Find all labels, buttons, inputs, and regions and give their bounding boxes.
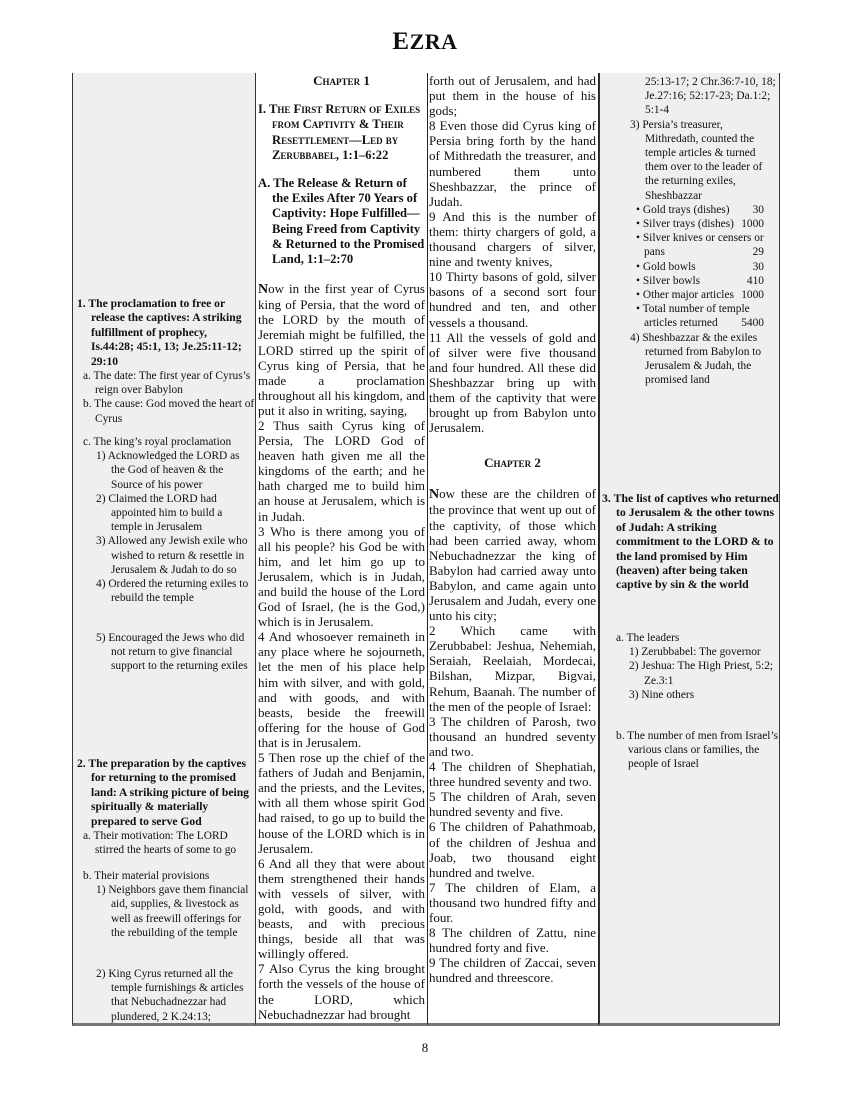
outline-point-1c: c. The king’s royal proclamation xyxy=(79,435,255,449)
scripture-column-center: Chapter 1 I. The First Return of Exiles … xyxy=(256,73,427,1026)
outline-point-2b2-cont: 25:13-17; 2 Chr.36:7-10, 18; Je.27:16; 5… xyxy=(602,75,778,118)
bullet-icon: • xyxy=(636,275,643,287)
chapter-1-heading: Chapter 1 xyxy=(258,73,425,88)
article-item: • Total number of temple articles return… xyxy=(602,302,778,330)
division-heading-I: I. The First Return of Exiles from Capti… xyxy=(258,102,425,163)
page-number: 8 xyxy=(0,1040,850,1056)
outline-right-sub-2b: 25:13-17; 2 Chr.36:7-10, 18; Je.27:16; 5… xyxy=(602,75,778,387)
article-item: • Silver knives or censers or pans29 xyxy=(602,231,778,259)
outline-point-3a3: 3) Nine others xyxy=(606,688,782,702)
section-heading-A: A. The Release & Return of the Exiles Af… xyxy=(258,176,425,267)
outline-column-right: 25:13-17; 2 Chr.36:7-10, 18; Je.27:16; 5… xyxy=(599,73,780,1026)
outline-point-3a2: 2) Jeshua: The High Priest, 5:2; Ze.3:1 xyxy=(606,659,782,687)
outline-point-2b4: 4) Sheshbazzar & the exiles returned fro… xyxy=(602,331,778,388)
outline-left-sub-1: a. The date: The first year of Cyrus’s r… xyxy=(79,369,255,426)
verse-1-5: 5 Then rose up the chief of the fathers … xyxy=(258,750,425,856)
verse-2-6: 6 The children of Pahathmoab, of the chi… xyxy=(429,819,596,879)
verse-2-1: Now these are the children of the provin… xyxy=(429,486,596,623)
verse-1-7: 7 Also Cyrus the king brought forth the … xyxy=(258,961,425,1021)
outline-point-2b: b. Their material provisions xyxy=(79,869,255,883)
verse-2-7: 7 The children of Elam, a thousand two h… xyxy=(429,880,596,925)
verse-2-3: 3 The children of Parosh, two thousand a… xyxy=(429,714,596,759)
outline-point-1c3: 3) Allowed any Jewish exile who wished t… xyxy=(79,534,255,577)
verse-1-10: 10 Thirty basons of gold, silver basons … xyxy=(429,269,596,329)
outline-left-sub-1c5: 5) Encouraged the Jews who did not retur… xyxy=(79,631,255,674)
outline-left-sub-2b: b. Their material provisions 1) Neighbor… xyxy=(79,869,255,940)
outline-point-2a: a. Their motivation: The LORD stirred th… xyxy=(79,829,255,857)
outline-point-1: 1. The proclamation to free or release t… xyxy=(77,297,251,369)
outline-point-1c2: 2) Claimed the LORD had appointed him to… xyxy=(79,492,255,535)
verse-1-6: 6 And all they that were about them stre… xyxy=(258,856,425,962)
outline-point-3a1: 1) Zerubbabel: The governor xyxy=(606,645,782,659)
page-frame: 1. The proclamation to free or release t… xyxy=(72,73,780,1026)
outline-right-sub-3b: b. The number of men from Israel’s vario… xyxy=(606,729,782,772)
bullet-icon: • xyxy=(636,232,643,244)
chapter-1-text: Now in the first year of Cyrus king of P… xyxy=(258,281,425,1022)
verse-2-8: 8 The children of Zattu, nine hundred fo… xyxy=(429,925,596,955)
chapter-2-text: Now these are the children of the provin… xyxy=(429,486,596,985)
outline-point-1b: b. The cause: God moved the heart of Cyr… xyxy=(79,397,255,425)
book-title: EZRA xyxy=(0,28,850,56)
verse-2-5: 5 The children of Arah, seven hundred se… xyxy=(429,789,596,819)
outline-point-3b: b. The number of men from Israel’s vario… xyxy=(606,729,782,772)
verse-2-2: 2 Which came with Zerubbabel: Jeshua, Ne… xyxy=(429,623,596,714)
chapter-2-heading: Chapter 2 xyxy=(429,455,596,470)
scripture-column-right: forth out of Jerusalem, and had put them… xyxy=(427,73,599,1026)
outline-point-1a: a. The date: The first year of Cyrus’s r… xyxy=(79,369,255,397)
bullet-icon: • xyxy=(636,303,643,315)
verse-1-7-cont: forth out of Jerusalem, and had put them… xyxy=(429,73,596,118)
verse-1-11: 11 All the vessels of gold and of silver… xyxy=(429,330,596,436)
outline-left-sub-2b2: 2) King Cyrus returned all the temple fu… xyxy=(79,967,255,1024)
article-item: • Other major articles1000 xyxy=(602,288,778,302)
bullet-icon: • xyxy=(636,204,643,216)
verse-2-9: 9 The children of Zaccai, seven hundred … xyxy=(429,955,596,985)
article-item: • Gold trays (dishes)30 xyxy=(602,203,778,217)
outline-point-1c5: 5) Encouraged the Jews who did not retur… xyxy=(79,631,255,674)
verse-1-2: 2 Thus saith Cyrus king of Persia, The L… xyxy=(258,418,425,524)
outline-point-3a: a. The leaders xyxy=(606,631,782,645)
outline-left-sub-1c: c. The king’s royal proclamation 1) Ackn… xyxy=(79,435,255,605)
bullet-icon: • xyxy=(636,261,643,273)
outline-point-2: 2. The preparation by the captives for r… xyxy=(77,757,251,829)
outline-point-1c4: 4) Ordered the returning exiles to rebui… xyxy=(79,577,255,605)
outline-point-2b2: 2) King Cyrus returned all the temple fu… xyxy=(79,967,255,1024)
verse-1-1: Now in the first year of Cyrus king of P… xyxy=(258,281,425,418)
outline-point-2b1: 1) Neighbors gave them financial aid, su… xyxy=(79,883,255,940)
bullet-icon: • xyxy=(636,289,643,301)
outline-left-sub-2a: a. Their motivation: The LORD stirred th… xyxy=(79,829,255,857)
verse-2-4: 4 The children of Shephatiah, three hund… xyxy=(429,759,596,789)
article-item: • Gold bowls30 xyxy=(602,260,778,274)
outline-right-sub-3a: a. The leaders 1) Zerubbabel: The govern… xyxy=(606,631,782,702)
verse-1-3: 3 Who is there among you of all his peop… xyxy=(258,524,425,630)
article-item: • Silver bowls410 xyxy=(602,274,778,288)
verse-1-4: 4 And whosoever remaineth in any place w… xyxy=(258,629,425,750)
bullet-icon: • xyxy=(636,218,643,230)
verse-1-9: 9 And this is the number of them: thirty… xyxy=(429,209,596,269)
outline-point-1c1: 1) Acknowledged the LORD as the God of h… xyxy=(79,449,255,492)
outline-point-2b3: 3) Persia’s treasurer, Mithredath, count… xyxy=(602,118,778,203)
article-item: • Silver trays (dishes)1000 xyxy=(602,217,778,231)
chapter-1-text-cont: forth out of Jerusalem, and had put them… xyxy=(429,73,596,435)
outline-point-3: 3. The list of captives who returned to … xyxy=(602,491,780,592)
verse-1-8: 8 Even those did Cyrus king of Persia br… xyxy=(429,118,596,209)
outline-column-left: 1. The proclamation to free or release t… xyxy=(72,73,256,1026)
